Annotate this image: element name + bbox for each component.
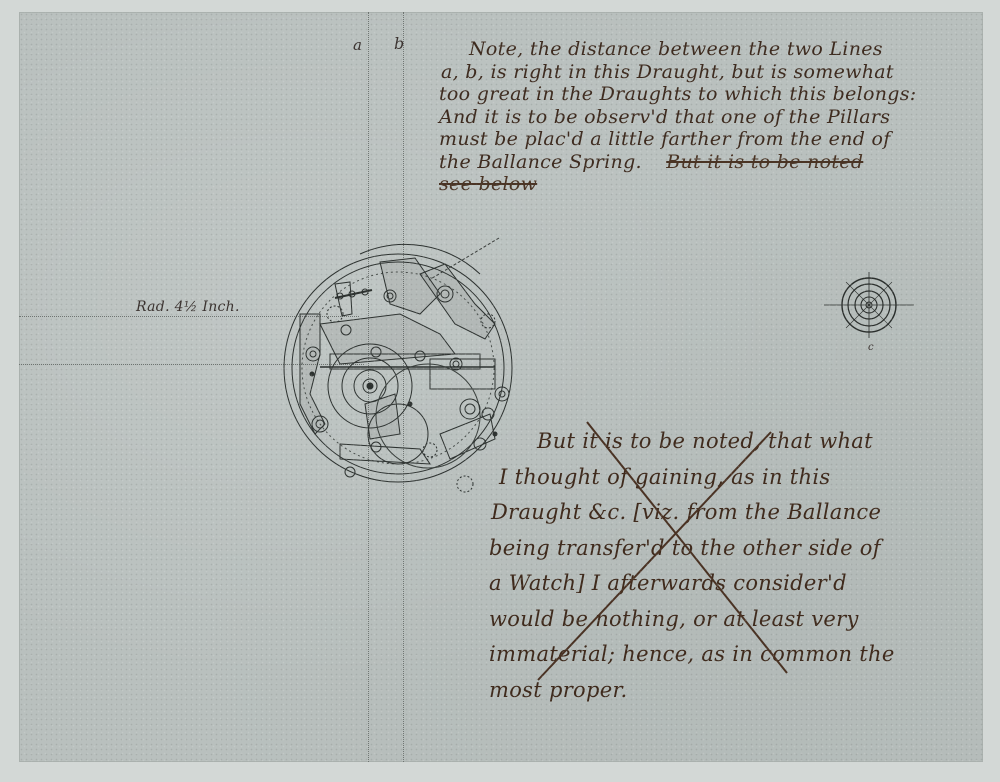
mount-board: a b Rad. 4½ Inch. Note, the distance bet…	[0, 0, 1000, 782]
cross-out-mark	[19, 12, 983, 762]
manuscript-sheet: a b Rad. 4½ Inch. Note, the distance bet…	[19, 12, 983, 762]
